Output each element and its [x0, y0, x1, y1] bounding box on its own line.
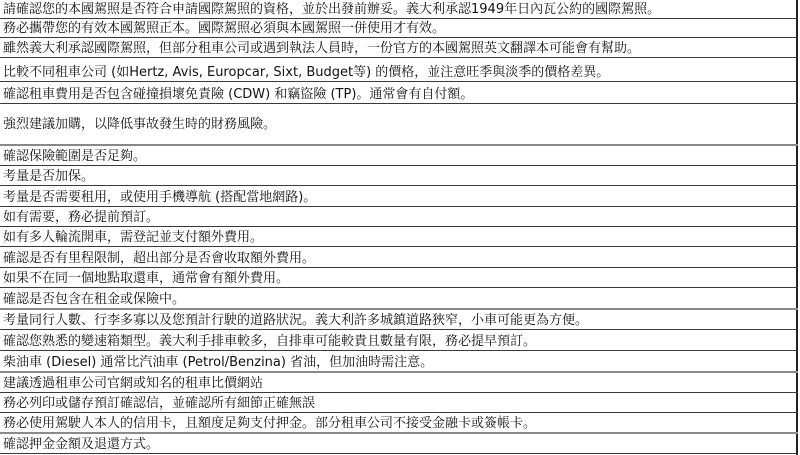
row-text: 確認押金金額及退還方式。 — [3, 438, 159, 451]
checklist-table: 請確認您的本國駕照是否符合申請國際駕照的資格，並於出發前辦妥。義大利承認1949… — [0, 0, 798, 455]
row-text: 務必列印或儲存預訂確認信，並確認所有細節正確無誤 — [3, 397, 315, 410]
table-row: 考量同行人數、行李多寡以及您預計行駛的道路狀況。義大利許多城鎮道路狹窄，小車可能… — [0, 310, 798, 330]
row-text: 建議透過租車公司官網或知名的租車比價網站 — [3, 377, 263, 390]
row-text: 確認保險範圍是否足夠。 — [3, 150, 146, 163]
row-text: 務必使用駕駛人本人的信用卡，且額度足夠支付押金。部分租車公司不接受金融卡或簽帳卡… — [3, 417, 536, 430]
row-text: 柴油車 (Diesel) 通常比汽油車 (Petrol/Benzina) 省油，… — [3, 356, 433, 369]
table-row: 請確認您的本國駕照是否符合申請國際駕照的資格，並於出發前辦妥。義大利承認1949… — [0, 0, 798, 19]
table-row: 確認您熟悉的變速箱類型。義大利手排車較多，自排車可能較貴且數量有限，務必提早預訂… — [0, 330, 798, 351]
row-text: 考量同行人數、行李多寡以及您預計行駛的道路狀況。義大利許多城鎮道路狹窄，小車可能… — [3, 314, 588, 327]
row-text: 考量是否加保。 — [3, 170, 94, 183]
row-text: 如果不在同一個地點取還車，通常會有額外費用。 — [3, 272, 289, 285]
row-text: 考量是否需要租用，或使用手機導航 (搭配當地網路)。 — [3, 191, 316, 204]
table-row: 建議透過租車公司官網或知名的租車比價網站 — [0, 373, 798, 393]
row-text: 如有多人輪流開車，需登記並支付額外費用。 — [3, 231, 263, 244]
table-row: 務必使用駕駛人本人的信用卡，且額度足夠支付押金。部分租車公司不接受金融卡或簽帳卡… — [0, 413, 798, 434]
table-row: 確認是否有里程限制，超出部分是否會收取額外費用。 — [0, 247, 798, 268]
row-text: 確認是否有里程限制，超出部分是否會收取額外費用。 — [3, 252, 315, 265]
row-text: 確認租車費用是否包含碰撞損壞免責險 (CDW) 和竊盜險 (TP)。通常會有自付… — [3, 88, 473, 101]
row-text: 務必攜帶您的有效本國駕照正本。國際駕照必須與本國駕照一併使用才有效。 — [3, 22, 445, 35]
table-row: 考量是否需要租用，或使用手機導航 (搭配當地網路)。 — [0, 186, 798, 207]
table-row: 務必攜帶您的有效本國駕照正本。國際駕照必須與本國駕照一併使用才有效。 — [0, 19, 798, 38]
table-row: 確認租車費用是否包含碰撞損壞免責險 (CDW) 和竊盜險 (TP)。通常會有自付… — [0, 82, 798, 104]
table-row: 如果不在同一個地點取還車，通常會有額外費用。 — [0, 268, 798, 288]
table-row: 雖然義大利承認國際駕照，但部分租車公司或遇到執法人員時，一份官方的本國駕照英文翻… — [0, 38, 798, 58]
row-text: 雖然義大利承認國際駕照，但部分租車公司或遇到執法人員時，一份官方的本國駕照英文翻… — [3, 42, 640, 55]
row-text: 如有需要，務必提前預訂。 — [3, 211, 159, 224]
row-text: 請確認您的本國駕照是否符合申請國際駕照的資格，並於出發前辦妥。義大利承認1949… — [3, 3, 660, 16]
row-text: 強烈建議加購，以降低事故發生時的財務風險。 — [3, 118, 276, 131]
table-row: 務必列印或儲存預訂確認信，並確認所有細節正確無誤 — [0, 393, 798, 413]
table-row: 如有需要，務必提前預訂。 — [0, 207, 798, 227]
table-row: 確認押金金額及退還方式。 — [0, 434, 798, 454]
table-row: 考量是否加保。 — [0, 166, 798, 186]
row-text: 確認是否包含在租金或保險中。 — [3, 293, 185, 306]
table-row: 比較不同租車公司 (如Hertz, Avis, Europcar, Sixt, … — [0, 58, 798, 82]
row-text: 確認您熟悉的變速箱類型。義大利手排車較多，自排車可能較貴且數量有限，務必提早預訂… — [3, 335, 536, 348]
table-row: 柴油車 (Diesel) 通常比汽油車 (Petrol/Benzina) 省油，… — [0, 351, 798, 373]
table-row: 確認是否包含在租金或保險中。 — [0, 288, 798, 310]
table-row: 強烈建議加購，以降低事故發生時的財務風險。 — [0, 104, 798, 146]
row-text: 比較不同租車公司 (如Hertz, Avis, Europcar, Sixt, … — [3, 66, 609, 79]
table-row: 如有多人輪流開車，需登記並支付額外費用。 — [0, 227, 798, 247]
table-row: 確認保險範圍是否足夠。 — [0, 146, 798, 166]
